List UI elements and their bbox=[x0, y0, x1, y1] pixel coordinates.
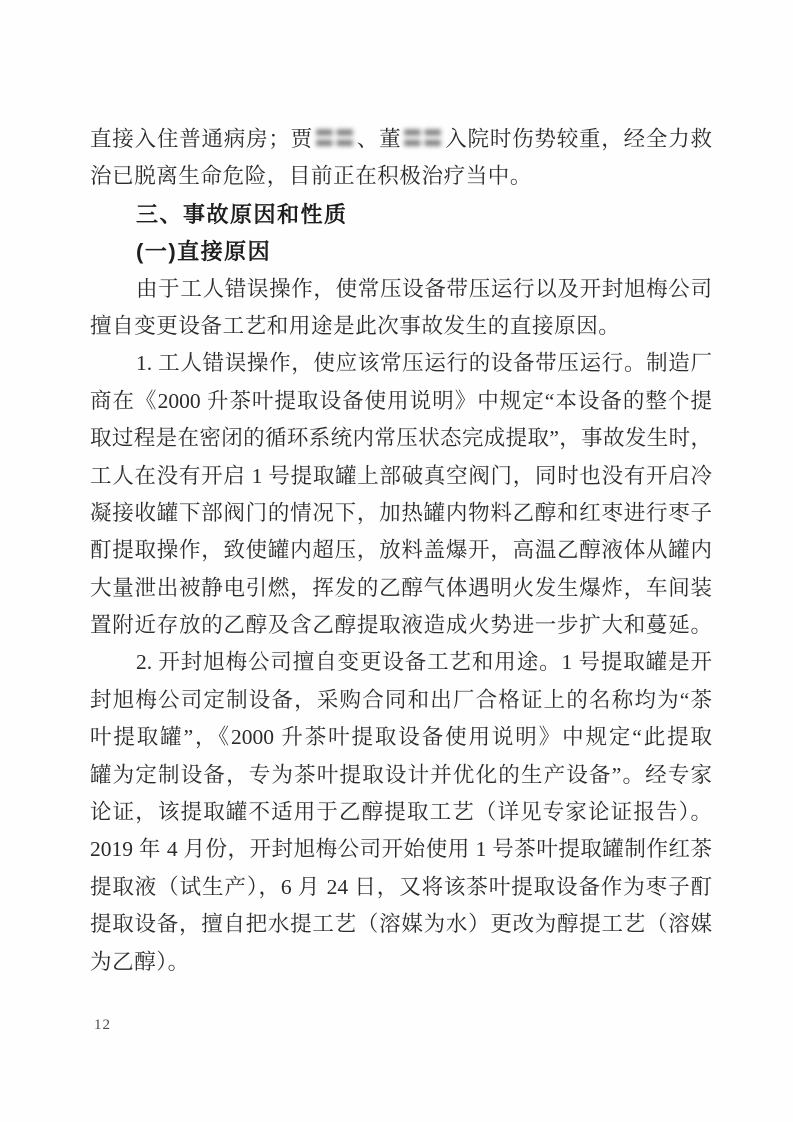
body-line: 由于工人错误操作，使常压设备带压运行以及开封旭梅公司 bbox=[90, 271, 712, 308]
body-line: 商在《2000 升茶叶提取设备使用说明》中规定“本设备的整个提 bbox=[90, 383, 712, 420]
body-line: 大量泄出被静电引燃，挥发的乙醇气体遇明火发生爆炸，车间装 bbox=[90, 570, 712, 607]
body-line-intro-2: 治已脱离生命危险，目前正在积极治疗当中。 bbox=[90, 158, 712, 195]
page-number: 12 bbox=[94, 1014, 111, 1036]
body-line: 提取设备，擅自把水提工艺（溶媒为水）更改为醇提工艺（溶媒 bbox=[90, 906, 712, 943]
body-line: 凝接收罐下部阀门的情况下，加热罐内物料乙醇和红枣进行枣子 bbox=[90, 495, 712, 532]
body-line: 酊提取操作，致使罐内超压，放料盖爆开，高温乙醇液体从罐内 bbox=[90, 532, 712, 569]
body-line-intro-1: 直接入住普通病房；贾〓〓、董〓〓入院时伤势较重，经全力救 bbox=[90, 121, 712, 158]
redacted-name-dong: 〓〓 bbox=[402, 122, 443, 158]
body-line: 封旭梅公司定制设备，采购合同和出厂合格证上的名称均为“茶 bbox=[90, 682, 712, 719]
body-line: 2. 开封旭梅公司擅自变更设备工艺和用途。1 号提取罐是开 bbox=[90, 644, 712, 681]
body-line: 置附近存放的乙醇及含乙醇提取液造成火势进一步扩大和蔓延。 bbox=[90, 607, 712, 644]
redacted-name-jia: 〓〓 bbox=[314, 122, 355, 158]
body-line: 工人在没有开启 1 号提取罐上部破真空阀门，同时也没有开启冷 bbox=[90, 458, 712, 495]
body-line: 擅自变更设备工艺和用途是此次事故发生的直接原因。 bbox=[90, 308, 712, 345]
subsection-heading: (一)直接原因 bbox=[90, 233, 712, 270]
body-line: 罐为定制设备，专为茶叶提取设计并优化的生产设备”。经专家 bbox=[90, 757, 712, 794]
body-line: 1. 工人错误操作，使应该常压运行的设备带压运行。制造厂 bbox=[90, 345, 712, 382]
body-text: 、董 bbox=[356, 127, 401, 151]
section-heading: 三、事故原因和性质 bbox=[90, 196, 712, 233]
body-line: 论证，该提取罐不适用于乙醇提取工艺（详见专家论证报告）。 bbox=[90, 794, 712, 831]
body-line: 叶提取罐”，《2000 升茶叶提取设备使用说明》中规定“此提取 bbox=[90, 719, 712, 756]
body-text: 直接入住普通病房；贾 bbox=[90, 127, 313, 151]
document-page: 直接入住普通病房；贾〓〓、董〓〓入院时伤势较重，经全力救 治已脱离生命危险，目前… bbox=[0, 0, 793, 1122]
body-line: 2019 年 4 月份，开封旭梅公司开始使用 1 号茶叶提取罐制作红茶 bbox=[90, 831, 712, 868]
body-line: 提取液（试生产），6 月 24 日，又将该茶叶提取设备作为枣子酊 bbox=[90, 869, 712, 906]
body-text: 入院时伤势较重，经全力救 bbox=[444, 127, 712, 151]
document-body: 直接入住普通病房；贾〓〓、董〓〓入院时伤势较重，经全力救 治已脱离生命危险，目前… bbox=[90, 121, 712, 981]
body-line: 取过程是在密闭的循环系统内常压状态完成提取”，事故发生时， bbox=[90, 420, 712, 457]
body-line: 为乙醇）。 bbox=[90, 944, 712, 981]
